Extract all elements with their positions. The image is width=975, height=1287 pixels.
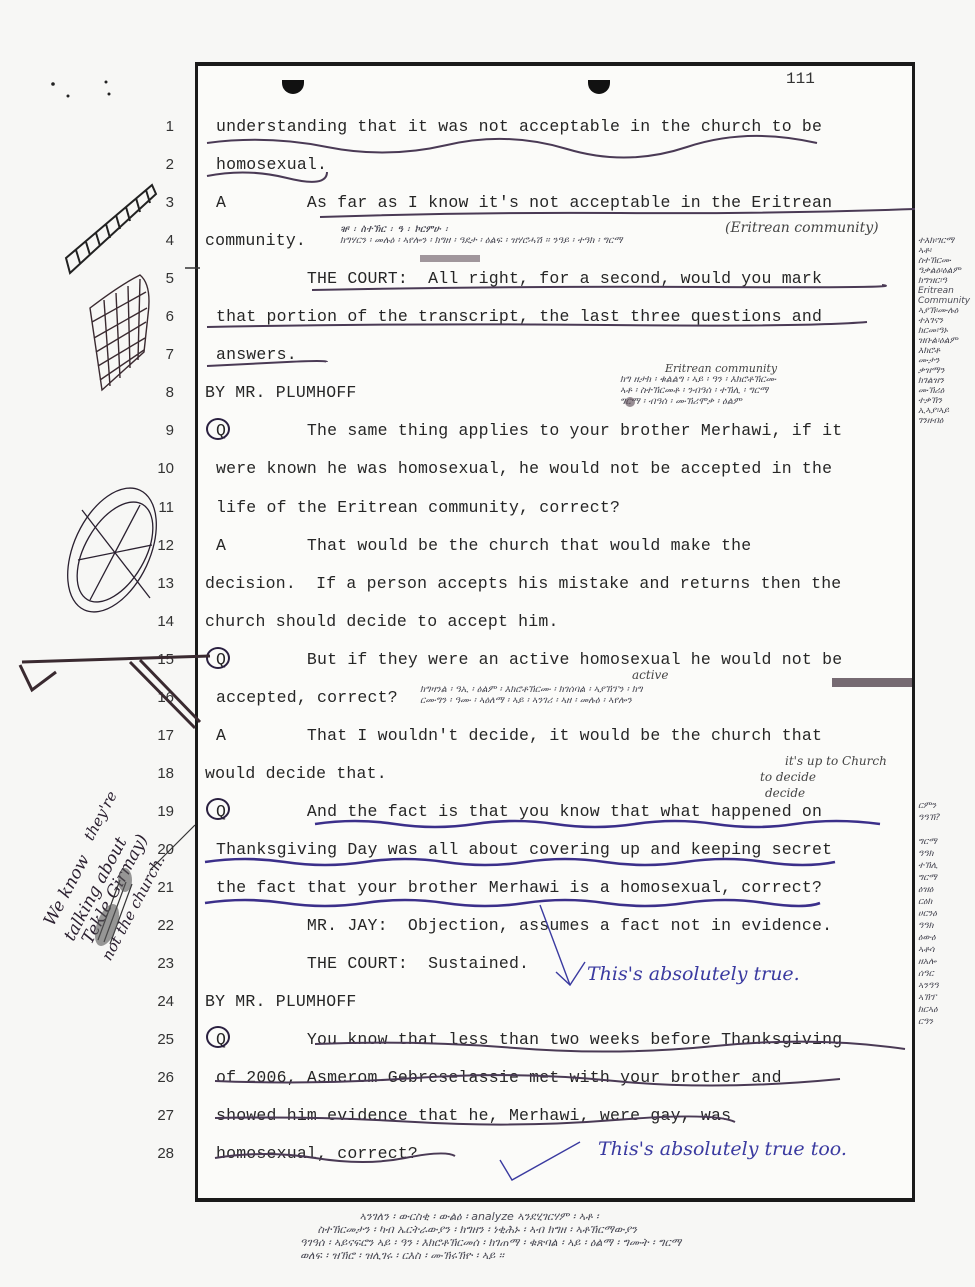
transcript-line: MR. JAY: Objection, assumes a fact not i…	[216, 916, 832, 935]
transcript-line: were known he was homosexual, he would n…	[216, 459, 832, 478]
line-number: 8	[148, 384, 174, 401]
transcript-line: decision. If a person accepts his mistak…	[205, 574, 841, 593]
transcript-line: accepted, correct?	[216, 688, 398, 707]
page-number: 111	[786, 70, 815, 88]
line-number: 19	[148, 803, 174, 820]
transcript-line: BY MR. PLUMHOFF	[205, 992, 357, 1011]
note-eritrean-community: (Eritrean community)	[725, 220, 879, 236]
q-circle-mark	[206, 1026, 230, 1048]
q-circle-mark	[206, 647, 230, 669]
transcript-line: homosexual, correct?	[216, 1144, 418, 1163]
transcript-line: homosexual.	[216, 155, 327, 174]
line-number: 7	[148, 346, 174, 363]
transcript-line: showed him evidence that he, Merhawi, we…	[216, 1106, 731, 1125]
transcript-line: BY MR. PLUMHOFF	[205, 383, 357, 402]
transcript-line: A As far as I know it's not acceptable i…	[216, 193, 832, 212]
line-number: 26	[148, 1069, 174, 1086]
transcript-line: life of the Eritrean community, correct?	[216, 498, 620, 517]
note-decide: decide	[765, 786, 805, 800]
q-circle-mark	[206, 418, 230, 440]
line-number: 6	[148, 308, 174, 325]
amharic-note-line4: ⶱ ፡ ስተኽር ፡ ዓ ፡ ኮርምሁ ፡ ክግሃርን ፡ መሉዕ ፡ ኣየሎን…	[340, 224, 623, 246]
line-number: 25	[148, 1031, 174, 1048]
amharic-note-line8: ክግ ዘታክ ፡ ቁልልግ ፡ ኣይ ፡ ዓን ፡ እክሮቶኽርሙ ኣቶ ፡ ስ…	[620, 374, 776, 407]
transcript-line: THE COURT: Sustained.	[216, 954, 529, 973]
line-number: 10	[148, 460, 174, 477]
transcript-line: THE COURT: All right, for a second, woul…	[216, 269, 822, 288]
line-number: 14	[148, 613, 174, 630]
line-number: 22	[148, 917, 174, 934]
transcript-line: understanding that it was not acceptable…	[216, 117, 822, 136]
line-number: 1	[148, 118, 174, 135]
transcript-line: Q And the fact is that you know that wha…	[216, 802, 822, 821]
transcript-line: A That I wouldn't decide, it would be th…	[216, 726, 822, 745]
q-circle-mark	[206, 798, 230, 820]
line-number: 5	[148, 270, 174, 287]
amharic-right-margin: ተእክ፡ገርማ ኣቶ፡ ስተኽርሙ ዓቃልዕ፡ዕልም ክግዝር፡ዓ Eritre…	[918, 236, 970, 426]
line-number: 18	[148, 765, 174, 782]
line-number: 9	[148, 422, 174, 439]
right-margin-community: Community	[918, 296, 970, 306]
line-number: 13	[148, 575, 174, 592]
transcript-line: community.	[205, 231, 306, 250]
note-up-to-church: it's up to Church	[785, 754, 887, 768]
line-number: 24	[148, 993, 174, 1010]
footer-analyze: analyze	[471, 1210, 514, 1223]
right-margin-eritrean: Eritrean	[918, 286, 954, 296]
transcript-line: Q The same thing applies to your brother…	[216, 421, 842, 440]
transcript-line: the fact that your brother Merhawi is a …	[216, 878, 822, 897]
line-number: 27	[148, 1107, 174, 1124]
transcript-line: Q But if they were an active homosexual …	[216, 650, 842, 669]
amharic-right-margin-lower: ርምን ዓዓኽ? ግርማ ዓዓክ ተኽሊ ግርማ ዕዝዕ ርዕክ ሀርንዕ ዓዓ…	[918, 800, 940, 1028]
transcript-line: A That would be the church that would ma…	[216, 536, 751, 555]
transcript-line: Thanksgiving Day was all about covering …	[216, 840, 832, 859]
line-number: 11	[148, 499, 174, 516]
line-number: 28	[148, 1145, 174, 1162]
transcript-line: of 2006, Asmerom Gebreselassie met with …	[216, 1068, 782, 1087]
line-number: 15	[148, 651, 174, 668]
line-number: 4	[148, 232, 174, 249]
line-number: 17	[148, 727, 174, 744]
transcript-line: answers.	[216, 345, 297, 364]
line-number: 12	[148, 537, 174, 554]
line-number: 2	[148, 156, 174, 173]
note-absolutely-true: This's absolutely true.	[587, 963, 800, 985]
line-number: 23	[148, 955, 174, 972]
line-number: 16	[148, 689, 174, 706]
transcript-line: would decide that.	[205, 764, 387, 783]
amharic-note-line16: ክግዛንል ፡ ዓኢ ፡ ዕልም ፡ እክሮቶኽርሙ ፡ ክገሰባል ፡ ኣያኽ…	[420, 684, 642, 706]
line-number: 3	[148, 194, 174, 211]
amharic-footer-note: ኣንገለን ፡ ውርስቂ ፡ ውልዕ ፡ analyze ኣንደሂገርሃም ፡ …	[300, 1210, 681, 1262]
note-to-decide: to decide	[760, 770, 816, 784]
note-active: active	[632, 668, 668, 682]
transcript-line: church should decide to accept him.	[205, 612, 559, 631]
transcript-line: that portion of the transcript, the last…	[216, 307, 822, 326]
note-absolutely-true-too: This's absolutely true too.	[598, 1138, 847, 1160]
transcript-line: Q You know that less than two weeks befo…	[216, 1030, 842, 1049]
